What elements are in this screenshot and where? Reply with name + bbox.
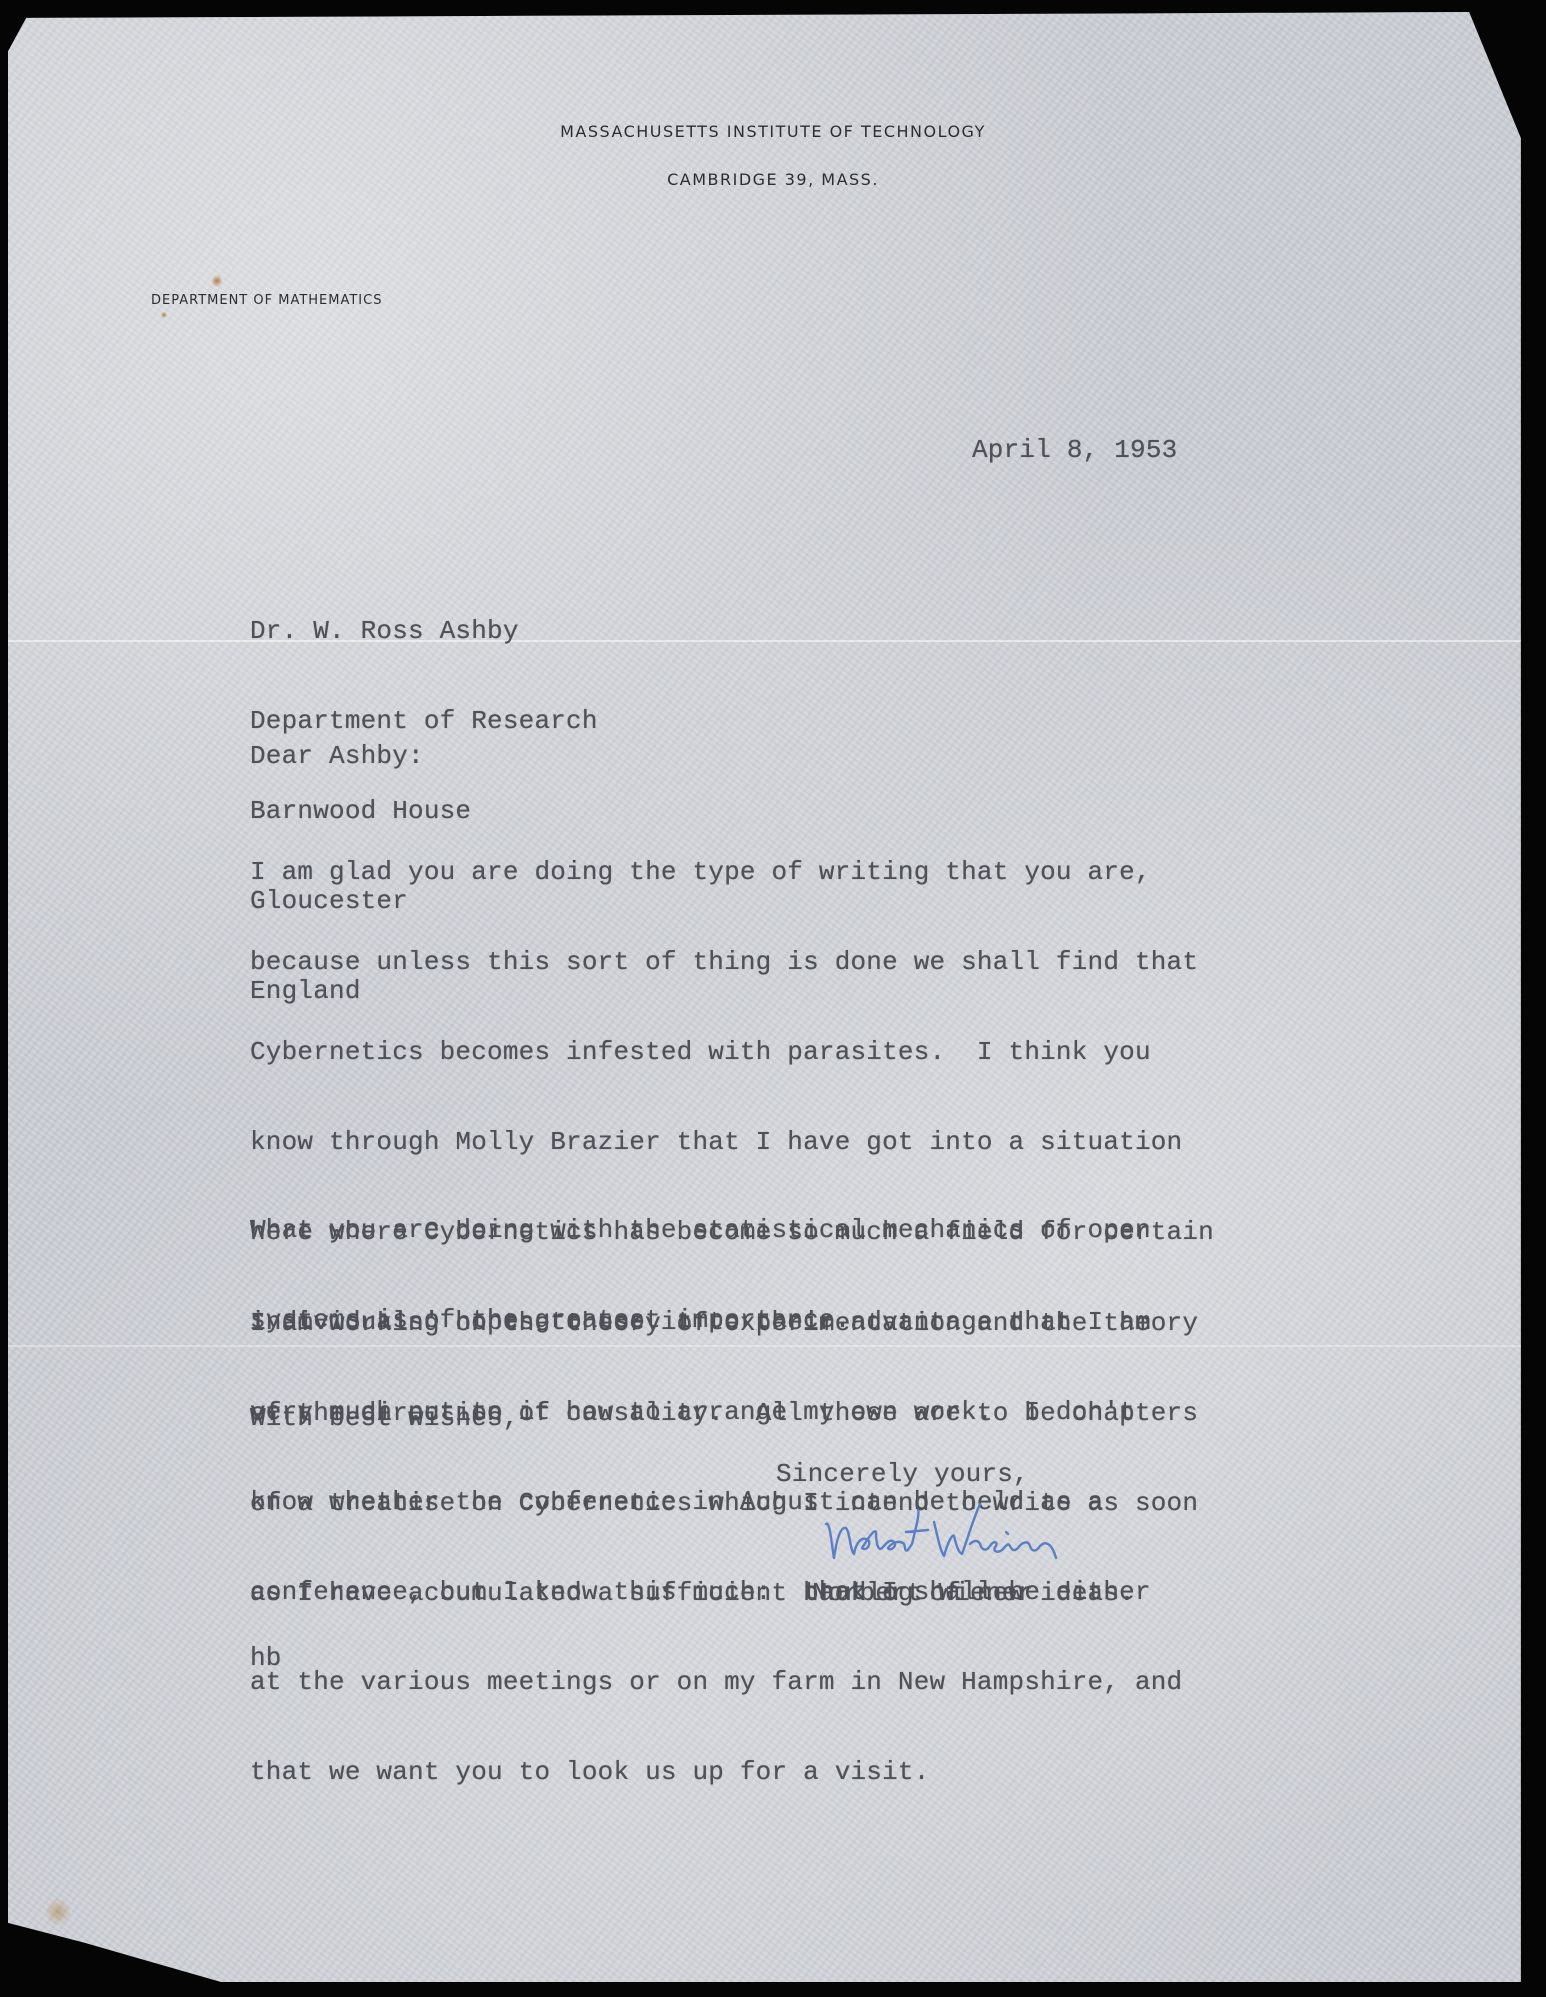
address-line: Department of Research (250, 706, 598, 736)
body-line: at the various meetings or on my farm in… (250, 1667, 1214, 1697)
handwritten-signature (820, 1498, 1120, 1568)
letterhead-institution: MASSACHUSETTS INSTITUTE OF TECHNOLOGY (0, 122, 1546, 141)
body-line: I am working on the theory of experiment… (250, 1308, 1198, 1338)
letterhead-department: DEPARTMENT OF MATHEMATICS (151, 293, 382, 308)
rust-stain (212, 275, 222, 287)
letter-date: April 8, 1953 (972, 435, 1177, 465)
address-line: Dr. W. Ross Ashby (250, 616, 598, 646)
body-line: know through Molly Brazier that I have g… (250, 1127, 1214, 1157)
letterhead-city: CAMBRIDGE 39, MASS. (0, 170, 1546, 189)
body-line: What you are doing with the statistical … (250, 1215, 1151, 1245)
body-line: Cybernetics becomes infested with parasi… (250, 1037, 1214, 1067)
body-line: as I have accumulated a sufficient backl… (250, 1578, 1198, 1608)
body-line: because unless this sort of thing is don… (250, 947, 1214, 977)
closing-phrase: With best wishes, (250, 1403, 519, 1433)
typist-initials: hb (250, 1643, 282, 1673)
fold-crease (8, 640, 1530, 642)
typed-signer-name: Norbert Wiener (812, 1578, 1033, 1608)
body-line: that we want you to look us up for a vis… (250, 1757, 1214, 1787)
salutation: Dear Ashby: (250, 741, 424, 771)
signoff: Sincerely yours, (776, 1459, 1029, 1489)
body-paragraph: I am working on the theory of experiment… (250, 1248, 1198, 1638)
body-line: I am glad you are doing the type of writ… (250, 857, 1214, 887)
rust-stain (46, 1899, 70, 1925)
rust-stain (161, 312, 167, 318)
